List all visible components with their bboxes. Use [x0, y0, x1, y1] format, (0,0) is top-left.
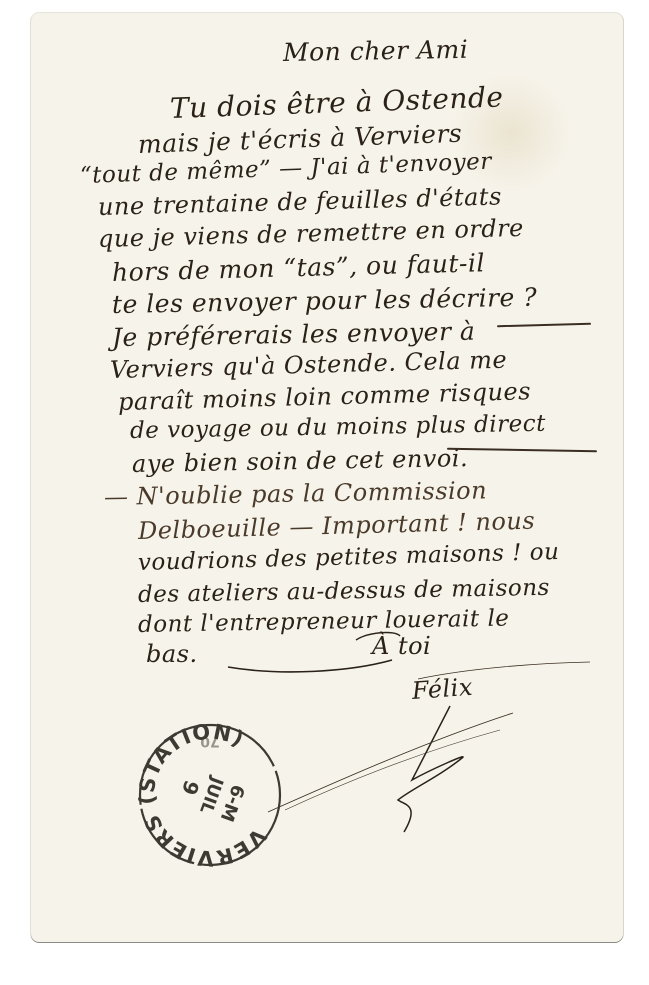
closing: À toi	[372, 632, 431, 660]
salutation: Mon cher Ami	[283, 35, 469, 67]
letter-line-12: aye bien soin de cet envoi.	[132, 444, 469, 478]
signature: Félix	[411, 673, 474, 705]
letter-line-18: bas.	[146, 640, 198, 668]
